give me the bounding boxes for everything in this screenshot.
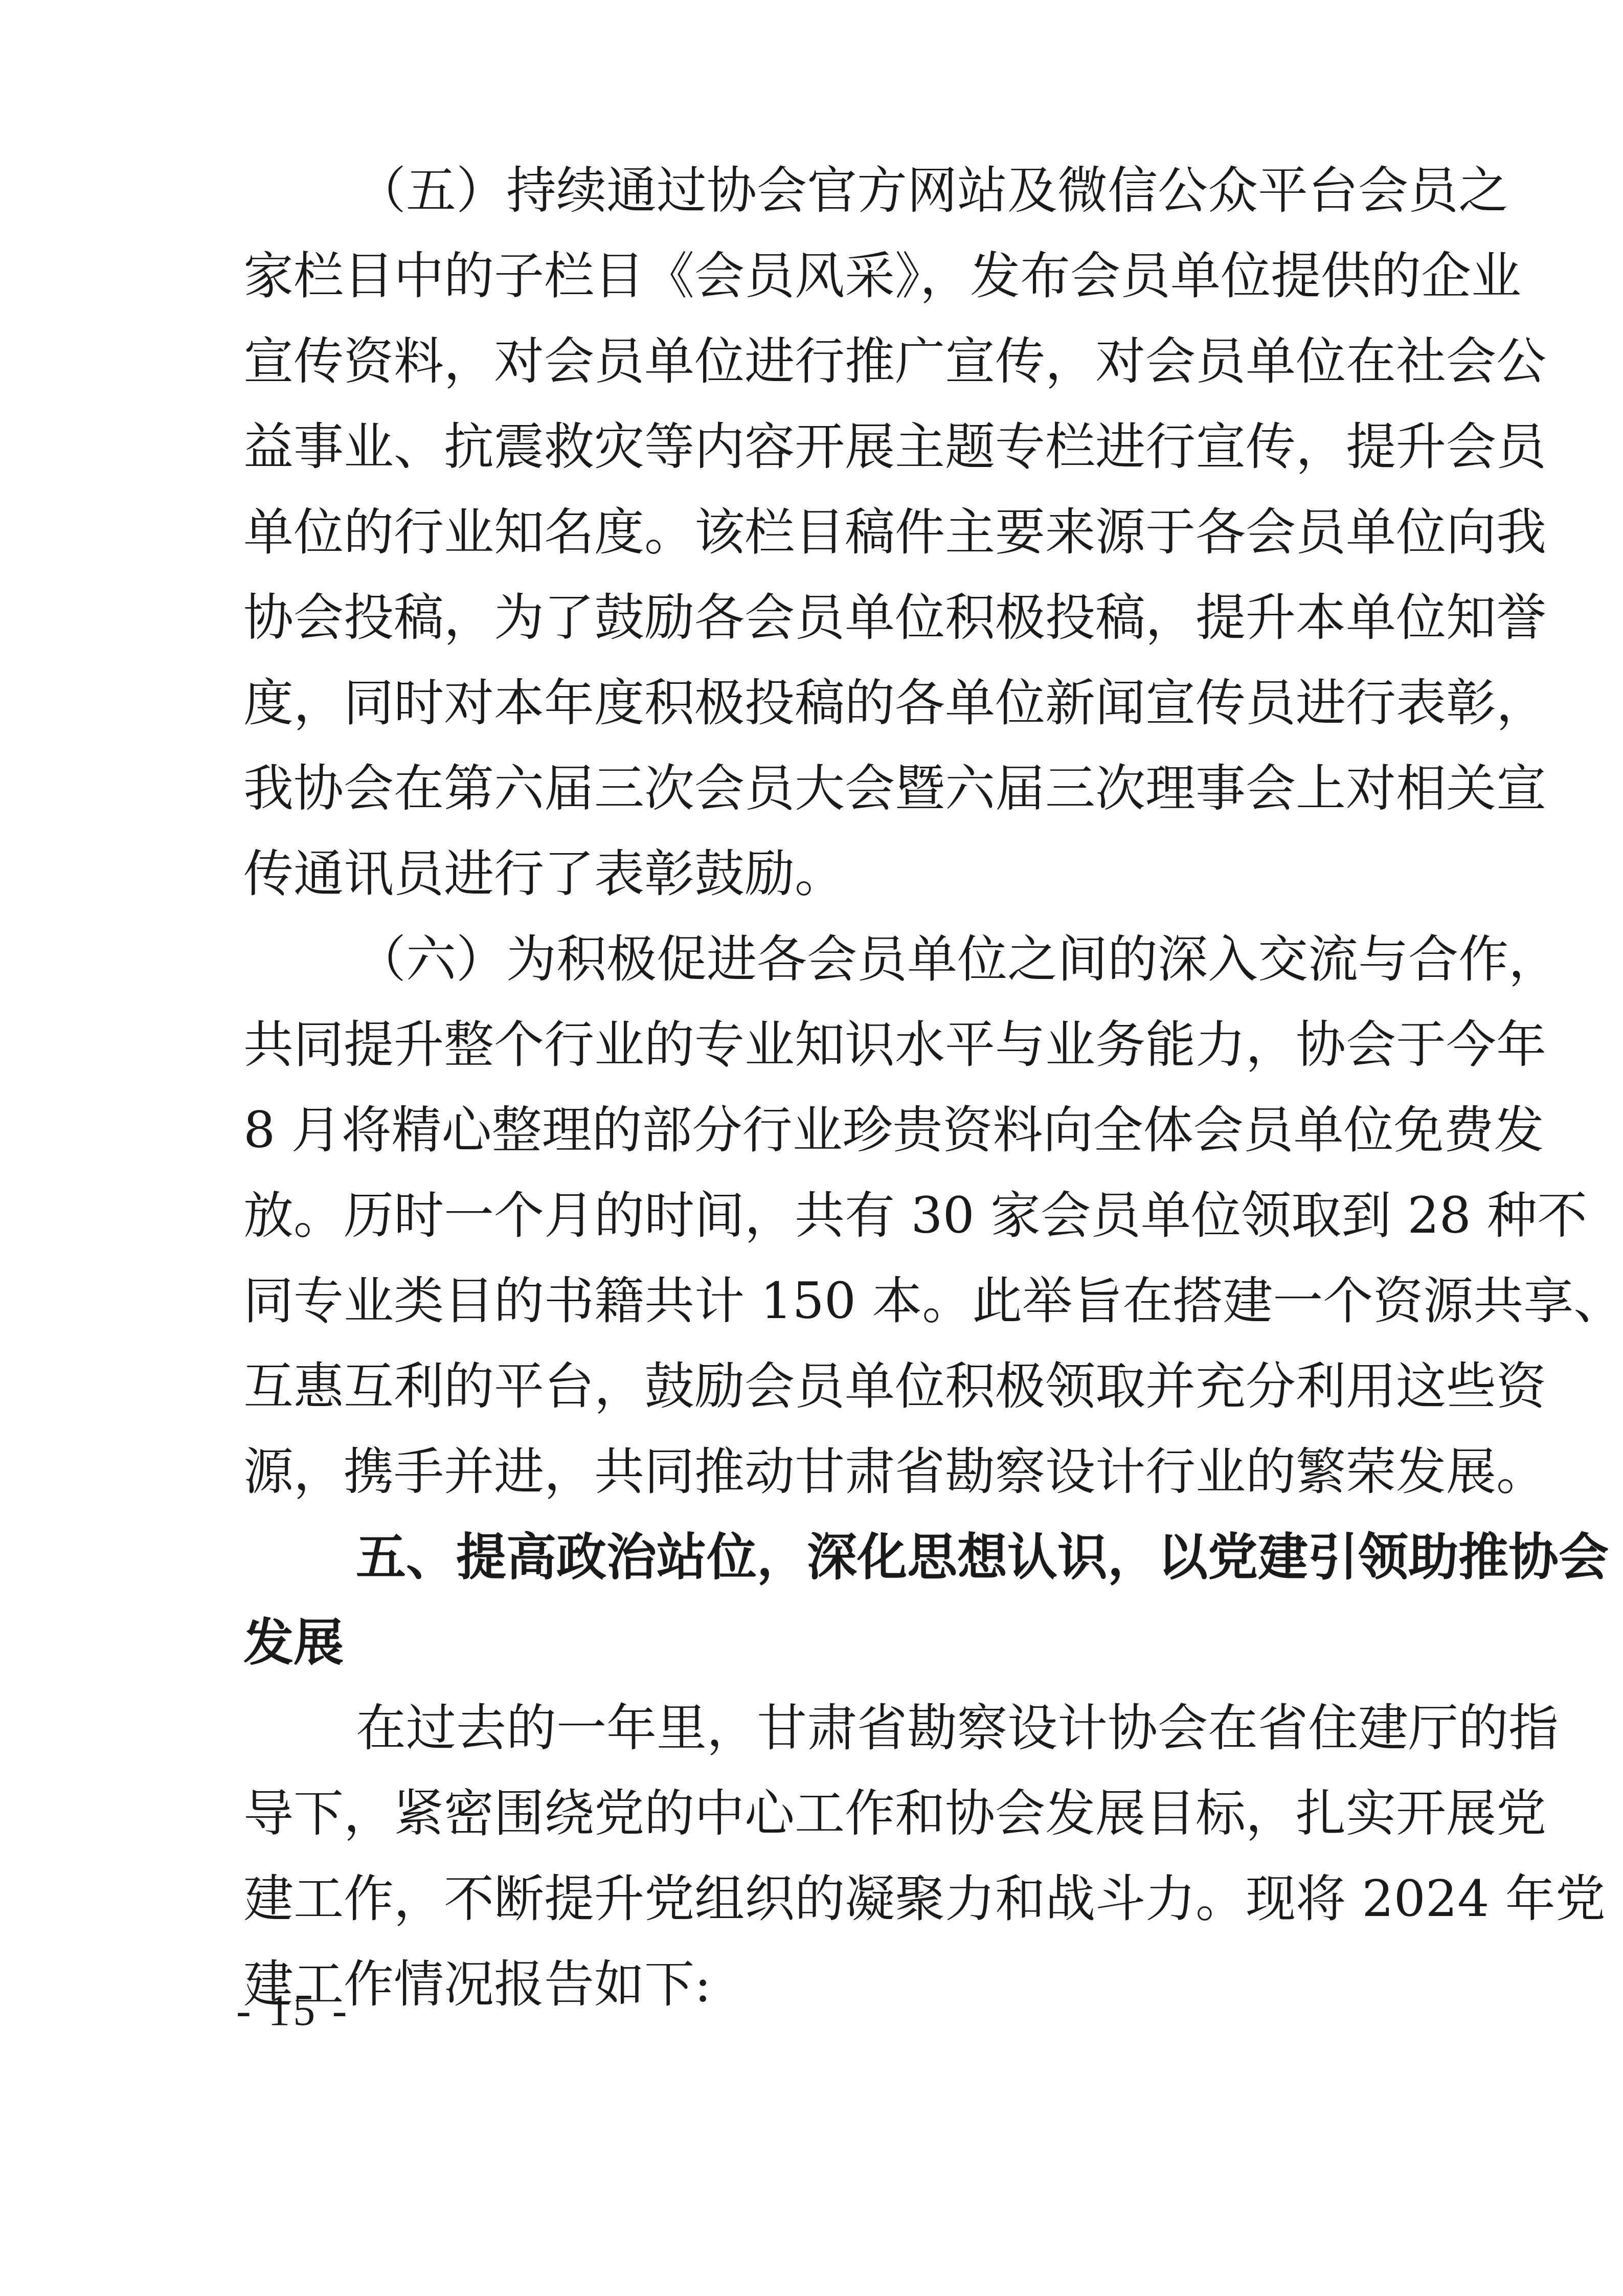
text-line: 共同提升整个行业的专业知识水平与业务能力，协会于今年 <box>243 1002 1373 1088</box>
heading-line: 五、提高政治站位，深化思想认识，以党建引领助推协会 <box>243 1515 1373 1600</box>
heading-line: 发展 <box>243 1600 1373 1686</box>
text-line: 建工作，不断提升党组织的凝聚力和战斗力。现将 2024 年党 <box>243 1857 1373 1942</box>
page-number: - 15 - <box>236 1985 350 2036</box>
text-line: 在过去的一年里，甘肃省勘察设计协会在省住建厅的指 <box>243 1686 1373 1771</box>
text-line: 源，携手并进，共同推动甘肃省勘察设计行业的繁荣发展。 <box>243 1430 1373 1515</box>
text-line: 家栏目中的子栏目《会员风采》，发布会员单位提供的企业 <box>243 234 1373 319</box>
text-line: 宣传资料，对会员单位进行推广宣传，对会员单位在社会公 <box>243 319 1373 405</box>
paragraph-item-6: （六）为积极促进各会员单位之间的深入交流与合作， 共同提升整个行业的专业知识水平… <box>243 917 1373 1515</box>
text-line: 互惠互利的平台，鼓励会员单位积极领取并充分利用这些资 <box>243 1344 1373 1430</box>
section-heading: 五、提高政治站位，深化思想认识，以党建引领助推协会 发展 <box>243 1515 1373 1686</box>
text-line: 益事业、抗震救灾等内容开展主题专栏进行宣传，提升会员 <box>243 405 1373 490</box>
text-line: 导下，紧密围绕党的中心工作和协会发展目标，扎实开展党 <box>243 1771 1373 1857</box>
text-line: 8 月将精心整理的部分行业珍贵资料向全体会员单位免费发 <box>243 1088 1373 1173</box>
text-line: （五）持续通过协会官方网站及微信公众平台会员之 <box>243 148 1373 234</box>
text-line: 放。历时一个月的时间，共有 30 家会员单位领取到 28 种不 <box>243 1173 1373 1259</box>
text-line: 我协会在第六届三次会员大会暨六届三次理事会上对相关宣 <box>243 746 1373 832</box>
paragraph-item-5: （五）持续通过协会官方网站及微信公众平台会员之 家栏目中的子栏目《会员风采》，发… <box>243 148 1373 917</box>
text-line: 同专业类目的书籍共计 150 本。此举旨在搭建一个资源共享、 <box>243 1259 1373 1344</box>
text-line: 传通讯员进行了表彰鼓励。 <box>243 832 1373 917</box>
document-page: （五）持续通过协会官方网站及微信公众平台会员之 家栏目中的子栏目《会员风采》，发… <box>243 148 1373 2027</box>
text-line: 单位的行业知名度。该栏目稿件主要来源于各会员单位向我 <box>243 490 1373 575</box>
text-line: （六）为积极促进各会员单位之间的深入交流与合作， <box>243 917 1373 1002</box>
text-line: 建工作情况报告如下: <box>243 1942 1373 2027</box>
text-line: 度，同时对本年度积极投稿的各单位新闻宣传员进行表彰， <box>243 661 1373 746</box>
text-line: 协会投稿，为了鼓励各会员单位积极投稿，提升本单位知誉 <box>243 575 1373 661</box>
paragraph-section-5-intro: 在过去的一年里，甘肃省勘察设计协会在省住建厅的指 导下，紧密围绕党的中心工作和协… <box>243 1686 1373 2027</box>
